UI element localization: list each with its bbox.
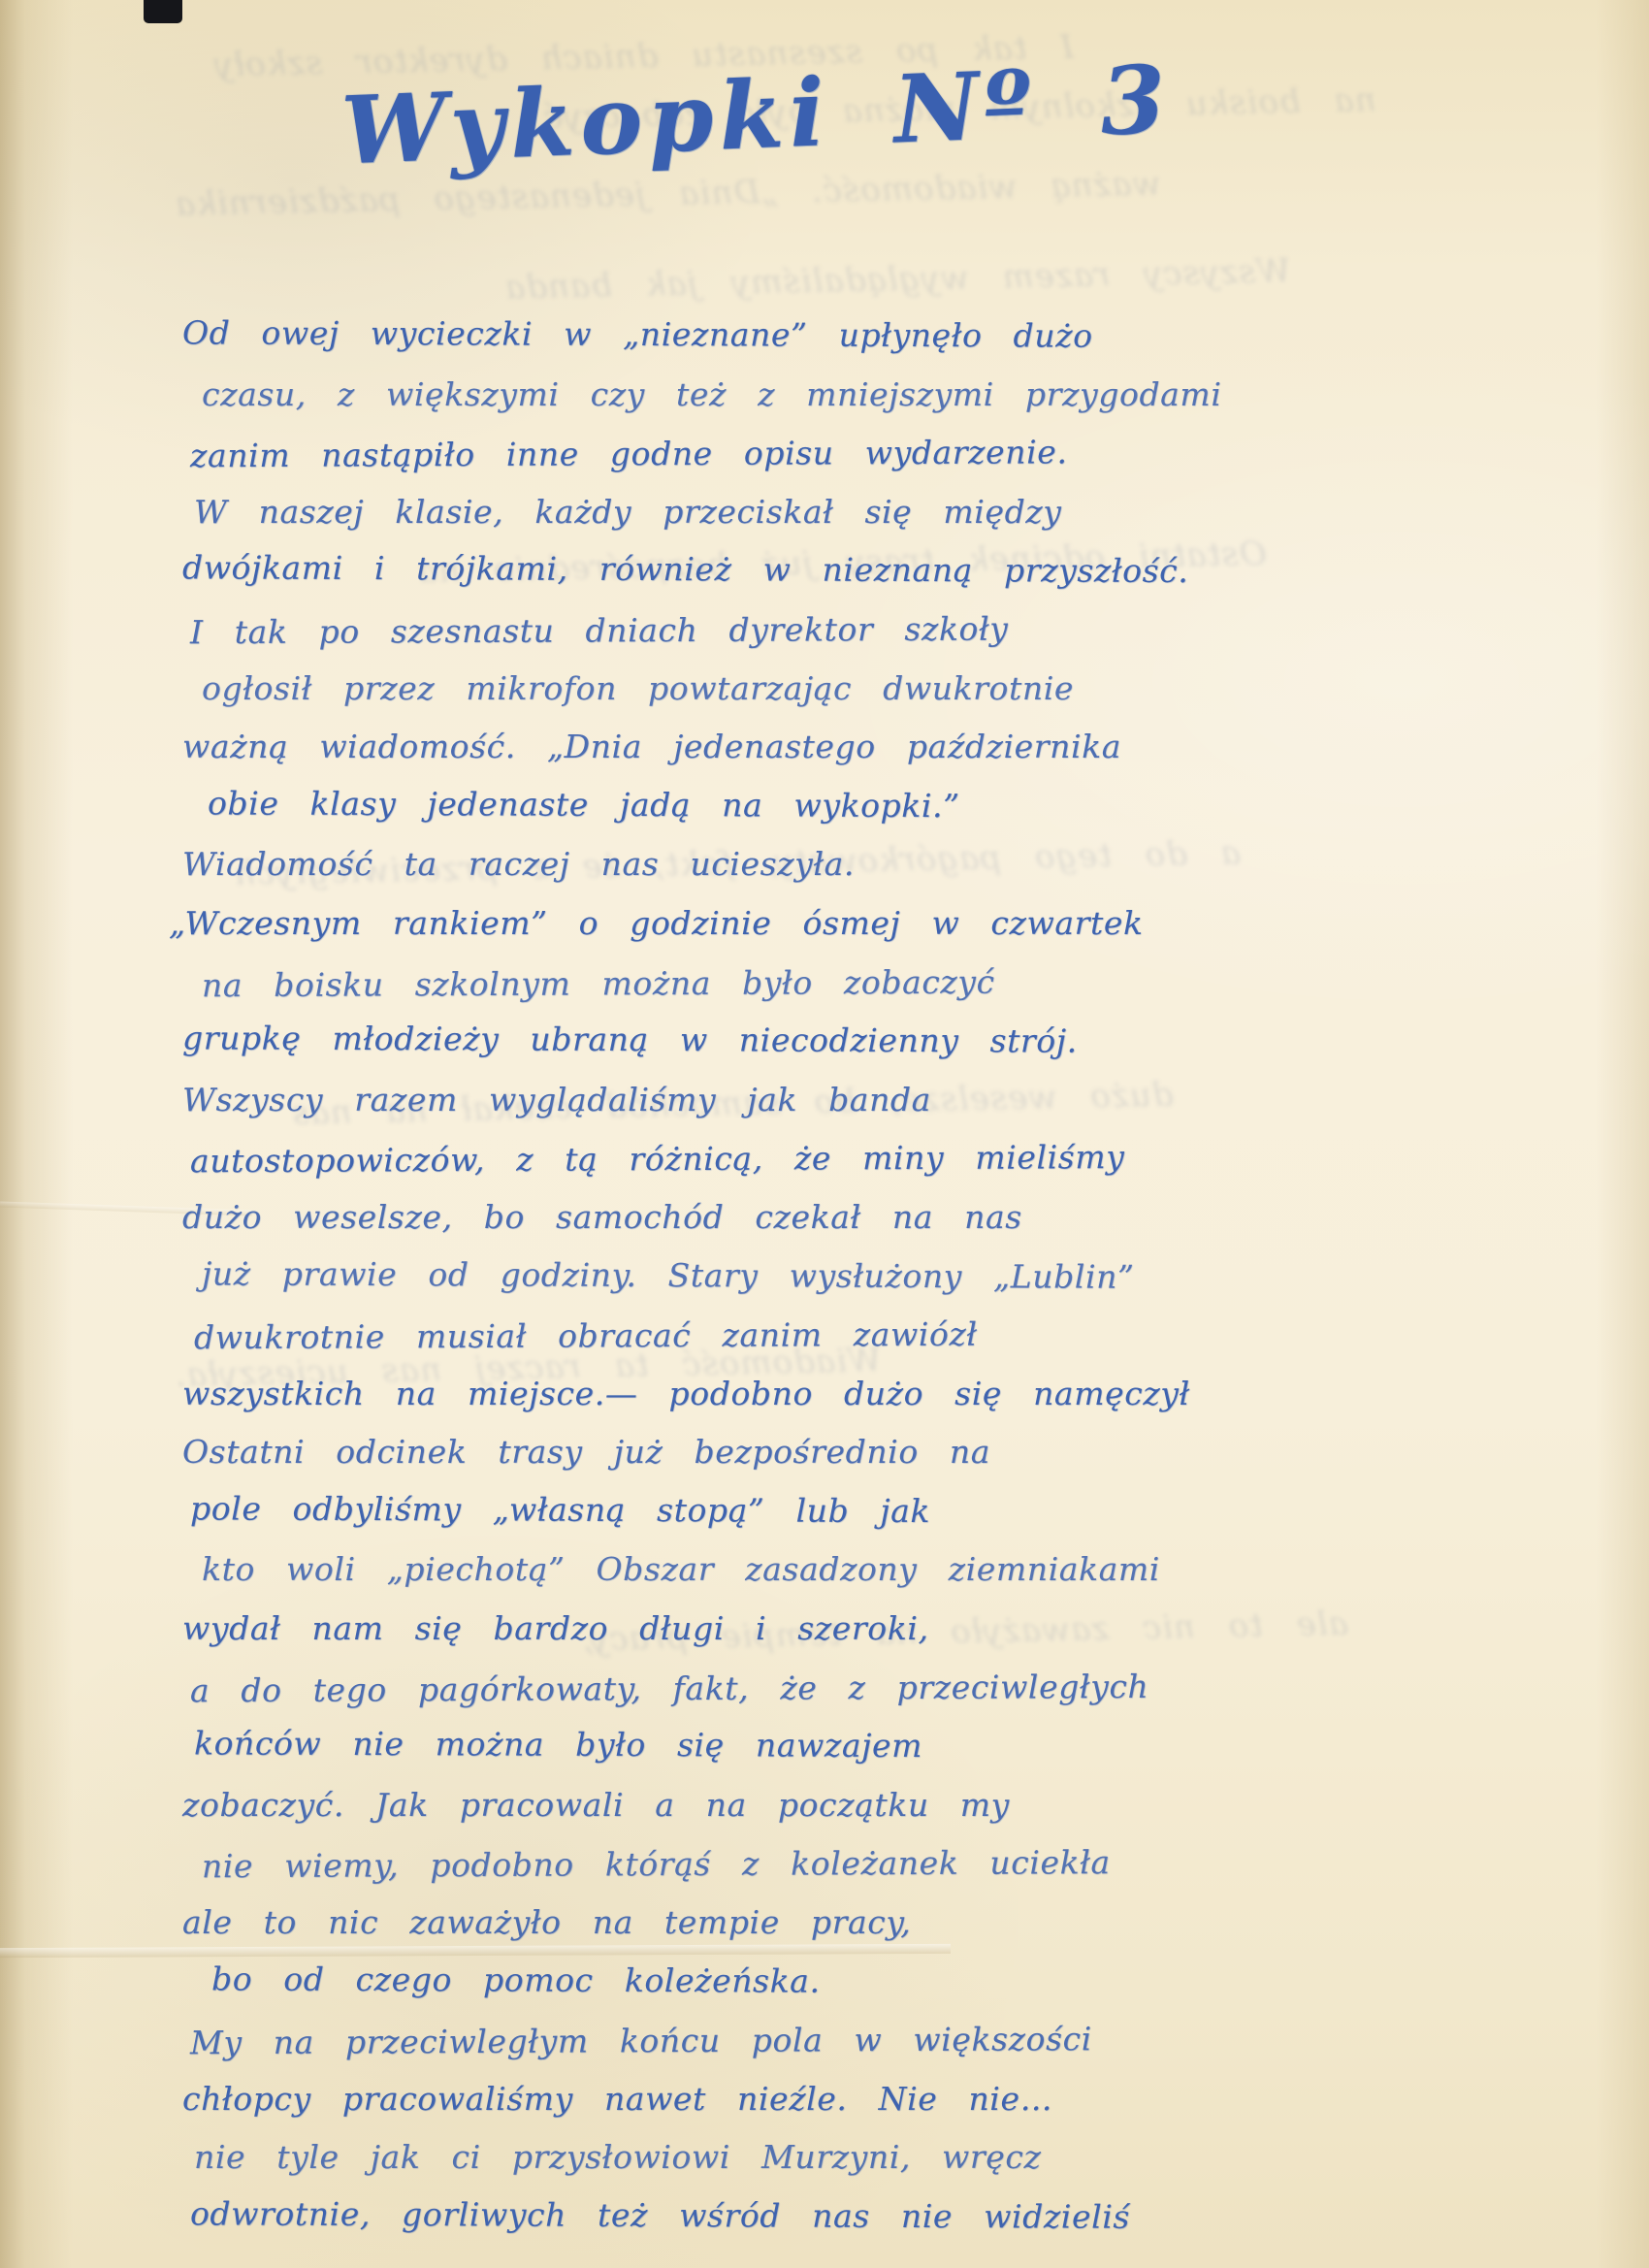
handwritten-line: Ostatni odcinek trasy już bezpośrednio n… — [182, 1423, 1639, 1482]
handwritten-line: dużo weselsze, bo samochód czekał na nas — [182, 1188, 1639, 1247]
handwritten-line: ważną wiadomość. „Dnia jedenastego paźdz… — [182, 718, 1639, 777]
handwritten-line: zanim nastąpiło inne godne opisu wydarze… — [190, 421, 1639, 486]
handwritten-line: grupkę młodzieży ubraną w niecodzienny s… — [182, 1010, 1639, 1074]
handwritten-line: obie klasy jedenaste jadą na wykopki.” — [208, 774, 1639, 838]
handwritten-line: bo od czego pomoc koleżeńska. — [211, 1950, 1639, 2014]
handwritten-line: wydał nam się bardzo długi i szeroki, — [182, 1600, 1639, 1659]
handwritten-line: nie tyle jak ci przysłowiowi Murzyni, wr… — [194, 2128, 1639, 2187]
scanned-notebook-page: I tak po szesnastu dniach dyrektor szkoł… — [0, 0, 1649, 2268]
handwritten-line: dwójkami i trójkami, również w nieznaną … — [182, 539, 1639, 603]
handwritten-line: pole odbyliśmy „własną stopą” lub jak — [190, 1479, 1639, 1543]
handwritten-line: nie wiemy, podobno którąś z koleżanek uc… — [202, 1831, 1639, 1896]
handwritten-line: a do tego pagórkowaty, fakt, że z przeci… — [190, 1655, 1639, 1720]
handwritten-line: W naszej klasie, każdy przeciskał się mi… — [194, 483, 1639, 542]
page-title: Wykopki Nº 3 — [339, 45, 1173, 186]
handwritten-line: I tak po szesnastu dniach dyrektor szkoł… — [190, 598, 1639, 663]
handwritten-line: Wiadomość ta raczej nas ucieszyła. — [182, 835, 1639, 894]
handwritten-line: chłopcy pracowaliśmy nawet nieźle. Nie n… — [182, 2070, 1639, 2129]
handwritten-line: Wszyscy razem wyglądaliśmy jak banda — [182, 1071, 1639, 1130]
handwritten-line: odwrotnie, gorliwych też wśród nas nie w… — [190, 2185, 1639, 2249]
handwritten-line: na boisku szkolnym można było zobaczyć — [202, 950, 1639, 1015]
handwritten-body: Od owej wycieczki w „nieznane” upłynęło … — [182, 307, 1639, 2247]
handwritten-line: Od owej wycieczki w „nieznane” upłynęło … — [182, 304, 1639, 368]
handwritten-line: wszystkich na miejsce.— podobno dużo się… — [182, 1365, 1639, 1424]
handwritten-line: „Wczesnym rankiem” o godzinie ósmej w cz… — [169, 894, 1639, 954]
handwritten-line: ogłosił przez mikrofon powtarzając dwukr… — [202, 660, 1639, 719]
handwritten-line: zobaczyć. Jak pracowali a na początku my — [182, 1776, 1639, 1835]
handwritten-line: ale to nic zaważyło na tempie pracy, — [182, 1894, 1639, 1953]
scan-edge-artifact — [144, 0, 182, 23]
handwritten-line: kto woli „piechotą” Obszar zasadzony zie… — [202, 1540, 1639, 1600]
handwritten-line: dwukrotnie musiał obracać zanim zawiózł — [194, 1303, 1639, 1368]
handwritten-line: autostopowiczów, z tą różnicą, że miny m… — [190, 1126, 1639, 1191]
handwritten-line: My na przeciwległym końcu pola w większo… — [190, 2008, 1639, 2073]
handwritten-line: końców nie można było się nawzajem — [194, 1715, 1639, 1779]
handwritten-line: czasu, z większymi czy też z mniejszymi … — [202, 366, 1639, 425]
bleedthrough-text: Wszyscy razem wyglądaliśmy jak banda — [504, 252, 1291, 308]
handwritten-line: już prawie od godziny. Stary wysłużony „… — [202, 1245, 1639, 1309]
